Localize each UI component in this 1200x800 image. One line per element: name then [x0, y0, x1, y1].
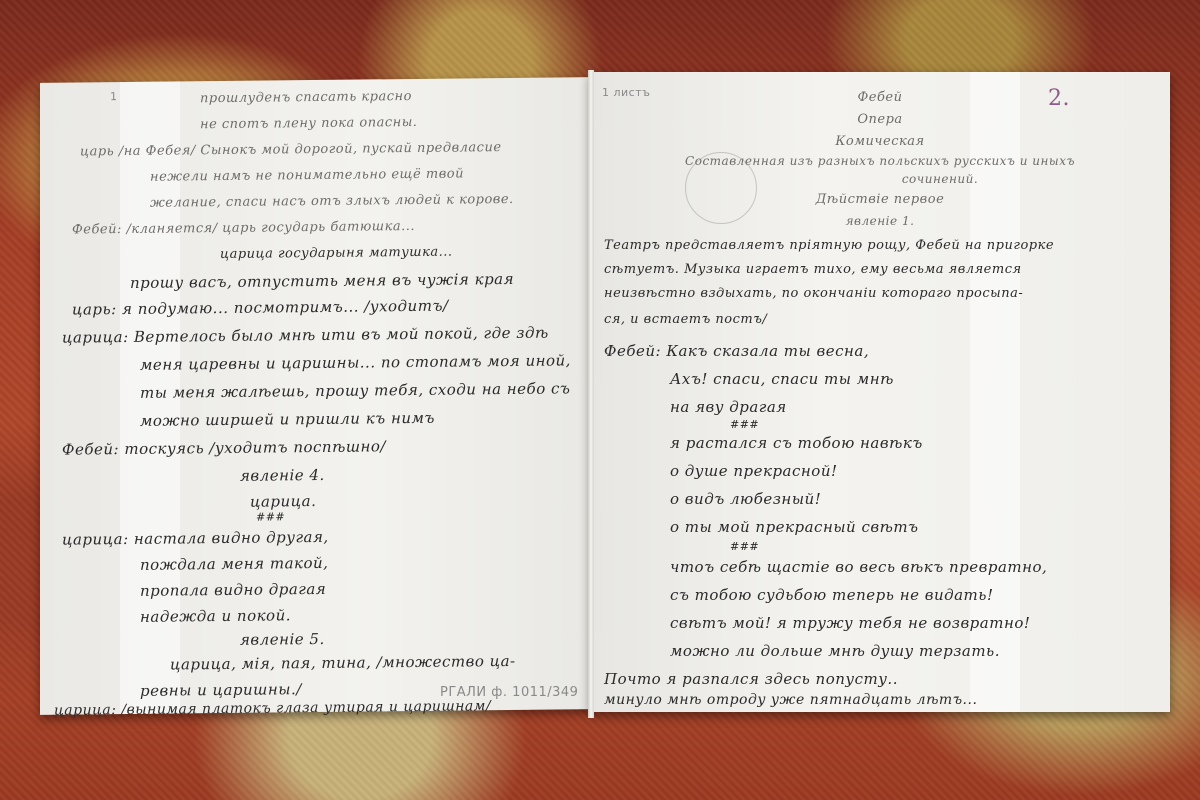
manuscript-line: ревны и царишны./: [140, 680, 302, 700]
manuscript-line: царица государыня матушка...: [220, 245, 453, 262]
verse-separator: ###: [730, 540, 759, 553]
manuscript-line: желание, спаси насъ отъ злыхъ людей к ко…: [150, 192, 514, 211]
stage-direction: неизвѣстно вздыхать, по окончанiи котора…: [604, 286, 1023, 301]
title-line: Составленная изъ разныхъ польскихъ русск…: [590, 154, 1170, 168]
manuscript-line: Почто я разпался здесь попусту..: [604, 670, 898, 688]
manuscript-line: царица: Вертелось было мнѣ ити въ мой по…: [62, 324, 549, 347]
manuscript-line: чтоъ себѣ щастiе во весь вѣкъ превратно,: [670, 558, 1047, 576]
stage-direction: ся, и встаетъ постъ/: [604, 312, 767, 327]
scene-heading: явленiе 5.: [240, 630, 325, 649]
manuscript-line: минуло мнѣ отроду уже пятнадцать лѣтъ...: [604, 692, 977, 708]
scene-heading: явленiе 4.: [240, 466, 325, 485]
title-line: сочинений.: [650, 172, 1200, 186]
manuscript-line: я растался съ тобою навѣкъ: [670, 434, 923, 452]
page-fold: [588, 70, 594, 718]
left-corner-mark: 1: [110, 90, 118, 103]
manuscript-line: Фебей: тоскуясь /уходитъ поспѣшно/: [62, 437, 386, 458]
manuscript: 1 прошлуденъ спасать красно не спотъ пле…: [40, 70, 1170, 718]
archive-shelfmark: РГАЛИ ф. 1011/349: [440, 685, 578, 700]
manuscript-line: свѣтъ мой! я тружу тебя не возвратно!: [670, 614, 1030, 632]
manuscript-line: на яву драгая: [670, 398, 787, 416]
manuscript-line: о душе прекрасной!: [670, 462, 838, 480]
manuscript-line: прошу васъ, отпустить меня въ чужiя края: [130, 270, 514, 292]
manuscript-line: царь /на Фебея/ Сынокъ мой дорогой, пуск…: [80, 140, 502, 159]
manuscript-line: надежда и покой.: [140, 606, 291, 626]
manuscript-line: Фебей: /кланяется/ царь государь батюшка…: [72, 219, 415, 238]
manuscript-line: царица, мiя, пая, тина, /множество ца-: [170, 652, 516, 674]
manuscript-line: ты меня жалѣешь, прошу тебя, сходи на не…: [140, 379, 570, 402]
left-page: 1 прошлуденъ спасать красно не спотъ пле…: [40, 77, 592, 715]
manuscript-line: прошлуденъ спасать красно: [200, 89, 412, 106]
title-line: Опера: [590, 112, 1170, 127]
manuscript-line: царь: я подумаю... посмотримъ... /уходит…: [72, 297, 449, 319]
manuscript-line: не спотъ плену пока опасны.: [200, 115, 417, 132]
manuscript-line: можно ли дольше мнѣ душу терзать.: [670, 642, 1000, 660]
right-page: 1 листъ 2. Фебей Опера Комическая Состав…: [590, 72, 1170, 712]
stage-direction: сѣтуетъ. Музыка играетъ тихо, ему весьма…: [604, 262, 1022, 277]
manuscript-line: пождала меня такой,: [140, 554, 328, 574]
verse-separator: ###: [256, 510, 285, 523]
manuscript-line: можно ширшей и пришли къ нимъ: [140, 409, 435, 430]
manuscript-line: съ тобою судьбою теперь не видать!: [670, 586, 993, 604]
title-line: Дѣйствiе первое: [590, 192, 1170, 207]
manuscript-line: пропала видно драгая: [140, 580, 326, 600]
manuscript-line: о видъ любезный!: [670, 490, 821, 508]
scene-heading: явленiе 1.: [590, 214, 1170, 228]
title-line: Фебей: [590, 90, 1170, 105]
title-line: Комическая: [590, 134, 1170, 149]
manuscript-line: царица.: [250, 492, 316, 511]
manuscript-line: меня царевны и царишны... по стопамъ моя…: [140, 351, 571, 374]
verse-separator: ###: [730, 418, 759, 431]
manuscript-line: царица: /вынимая платокъ глаза утирая и …: [54, 698, 491, 719]
manuscript-line: о ты мой прекрасный свѣтъ: [670, 518, 919, 536]
manuscript-line: нежели намъ не понимательно ещё твой: [150, 166, 464, 184]
manuscript-line: Фебей: Какъ сказала ты весна,: [604, 342, 869, 360]
manuscript-line: царица: настала видно другая,: [62, 528, 329, 549]
stage-direction: Театръ представляетъ прiятную рощу, Фебе…: [604, 238, 1054, 253]
manuscript-line: Ахъ! спаси, спаси ты мнѣ: [670, 370, 894, 388]
